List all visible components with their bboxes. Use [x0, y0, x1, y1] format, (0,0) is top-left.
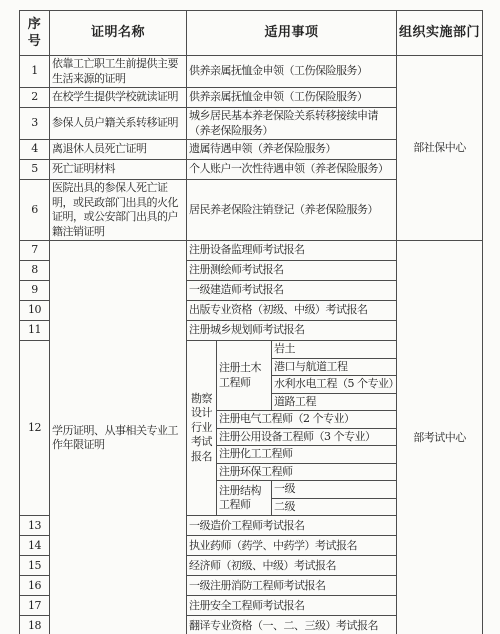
row-number: 5 — [20, 160, 50, 180]
civil-specialty-cell: 港口与航道工程 — [272, 358, 397, 376]
exam-item-cell: 注册公用设备工程师（3 个专业） — [217, 428, 397, 446]
civil-engineer-cell: 注册土木工程师 — [217, 341, 272, 411]
table-row-1: 1 依靠工亡职工生前提供主要生活来源的证明 供养亲属抚恤金申领（工伤保险服务） … — [20, 56, 483, 88]
certificate-name-cell: 参保人员户籍关系转移证明 — [50, 108, 187, 140]
row-number: 9 — [20, 281, 50, 301]
row-number: 3 — [20, 108, 50, 140]
row-number: 13 — [20, 516, 50, 536]
header-implementing-department: 组织实施部门 — [397, 11, 483, 56]
matter-cell: 执业药师（药学、中药学）考试报名 — [187, 536, 397, 556]
row-number: 14 — [20, 536, 50, 556]
row-number: 10 — [20, 301, 50, 321]
matter-cell: 注册设备监理师考试报名 — [187, 241, 397, 261]
row-number: 4 — [20, 140, 50, 160]
table-row-7: 7 学历证明、从事相关专业工作年限证明 注册设备监理师考试报名 部考试中心 — [20, 241, 483, 261]
matter-cell: 注册测绘师考试报名 — [187, 261, 397, 281]
matter-cell: 出版专业资格（初级、中级）考试报名 — [187, 301, 397, 321]
row-number: 15 — [20, 556, 50, 576]
row-number: 11 — [20, 321, 50, 341]
department-cell-social: 部社保中心 — [397, 56, 483, 241]
matter-cell: 一级造价工程师考试报名 — [187, 516, 397, 536]
matter-cell: 注册城乡规划师考试报名 — [187, 321, 397, 341]
structural-level-cell: 二级 — [272, 498, 397, 516]
exam-item-cell: 注册环保工程师 — [217, 463, 397, 481]
exam-category-cell: 勘察设计行业考试报名 — [187, 341, 217, 516]
matter-cell: 供养亲属抚恤金申领（工伤保险服务） — [187, 56, 397, 88]
matter-cell: 一级建造师考试报名 — [187, 281, 397, 301]
row-number: 6 — [20, 180, 50, 241]
header-applicable-matter: 适用事项 — [187, 11, 397, 56]
civil-specialty-cell: 水利水电工程（5 个专业） — [272, 376, 397, 394]
civil-specialty-cell: 道路工程 — [272, 393, 397, 411]
matter-cell: 居民养老保险注销登记（养老保险服务） — [187, 180, 397, 241]
row-number: 7 — [20, 241, 50, 261]
row-number: 12 — [20, 341, 50, 516]
row-number: 1 — [20, 56, 50, 88]
exam-item-cell: 注册电气工程师（2 个专业） — [217, 411, 397, 429]
matter-cell: 个人账户一次性待遇申领（养老保险服务） — [187, 160, 397, 180]
matter-cell: 翻译专业资格（一、二、三级）考试报名 — [187, 616, 397, 634]
document-page: 序号 证明名称 适用事项 组织实施部门 1 依靠工亡职工生前提供主要生活来源的证… — [0, 0, 500, 634]
certificates-table: 序号 证明名称 适用事项 组织实施部门 1 依靠工亡职工生前提供主要生活来源的证… — [19, 10, 483, 634]
row-number: 8 — [20, 261, 50, 281]
certificate-name-cell: 死亡证明材料 — [50, 160, 187, 180]
matter-cell: 注册安全工程师考试报名 — [187, 596, 397, 616]
matter-cell: 经济师（初级、中级）考试报名 — [187, 556, 397, 576]
matter-cell: 一级注册消防工程师考试报名 — [187, 576, 397, 596]
structural-level-cell: 一级 — [272, 481, 397, 499]
header-serial-number: 序号 — [20, 11, 50, 56]
certificate-name-cell: 在校学生提供学校就读证明 — [50, 88, 187, 108]
matter-cell: 城乡居民基本养老保险关系转移接续申请（养老保险服务） — [187, 108, 397, 140]
matter-cell: 供养亲属抚恤金申领（工伤保险服务） — [187, 88, 397, 108]
row-number: 17 — [20, 596, 50, 616]
structural-engineer-cell: 注册结构工程师 — [217, 481, 272, 516]
civil-specialty-cell: 岩土 — [272, 341, 397, 359]
certificate-name-cell: 离退休人员死亡证明 — [50, 140, 187, 160]
row-number: 18 — [20, 616, 50, 634]
certificate-name-cell: 依靠工亡职工生前提供主要生活来源的证明 — [50, 56, 187, 88]
exam-item-cell: 注册化工工程师 — [217, 446, 397, 464]
row-number: 16 — [20, 576, 50, 596]
certificate-name-cell: 医院出具的参保人死亡证明，或民政部门出具的火化证明，或公安部门出具的户籍注销证明 — [50, 180, 187, 241]
header-row: 序号 证明名称 适用事项 组织实施部门 — [20, 11, 483, 56]
header-certificate-name: 证明名称 — [50, 11, 187, 56]
matter-cell: 遗属待遇申领（养老保险服务） — [187, 140, 397, 160]
row-number: 2 — [20, 88, 50, 108]
department-cell-exam: 部考试中心 — [397, 241, 483, 634]
certificate-name-cell-merged: 学历证明、从事相关专业工作年限证明 — [50, 241, 187, 634]
